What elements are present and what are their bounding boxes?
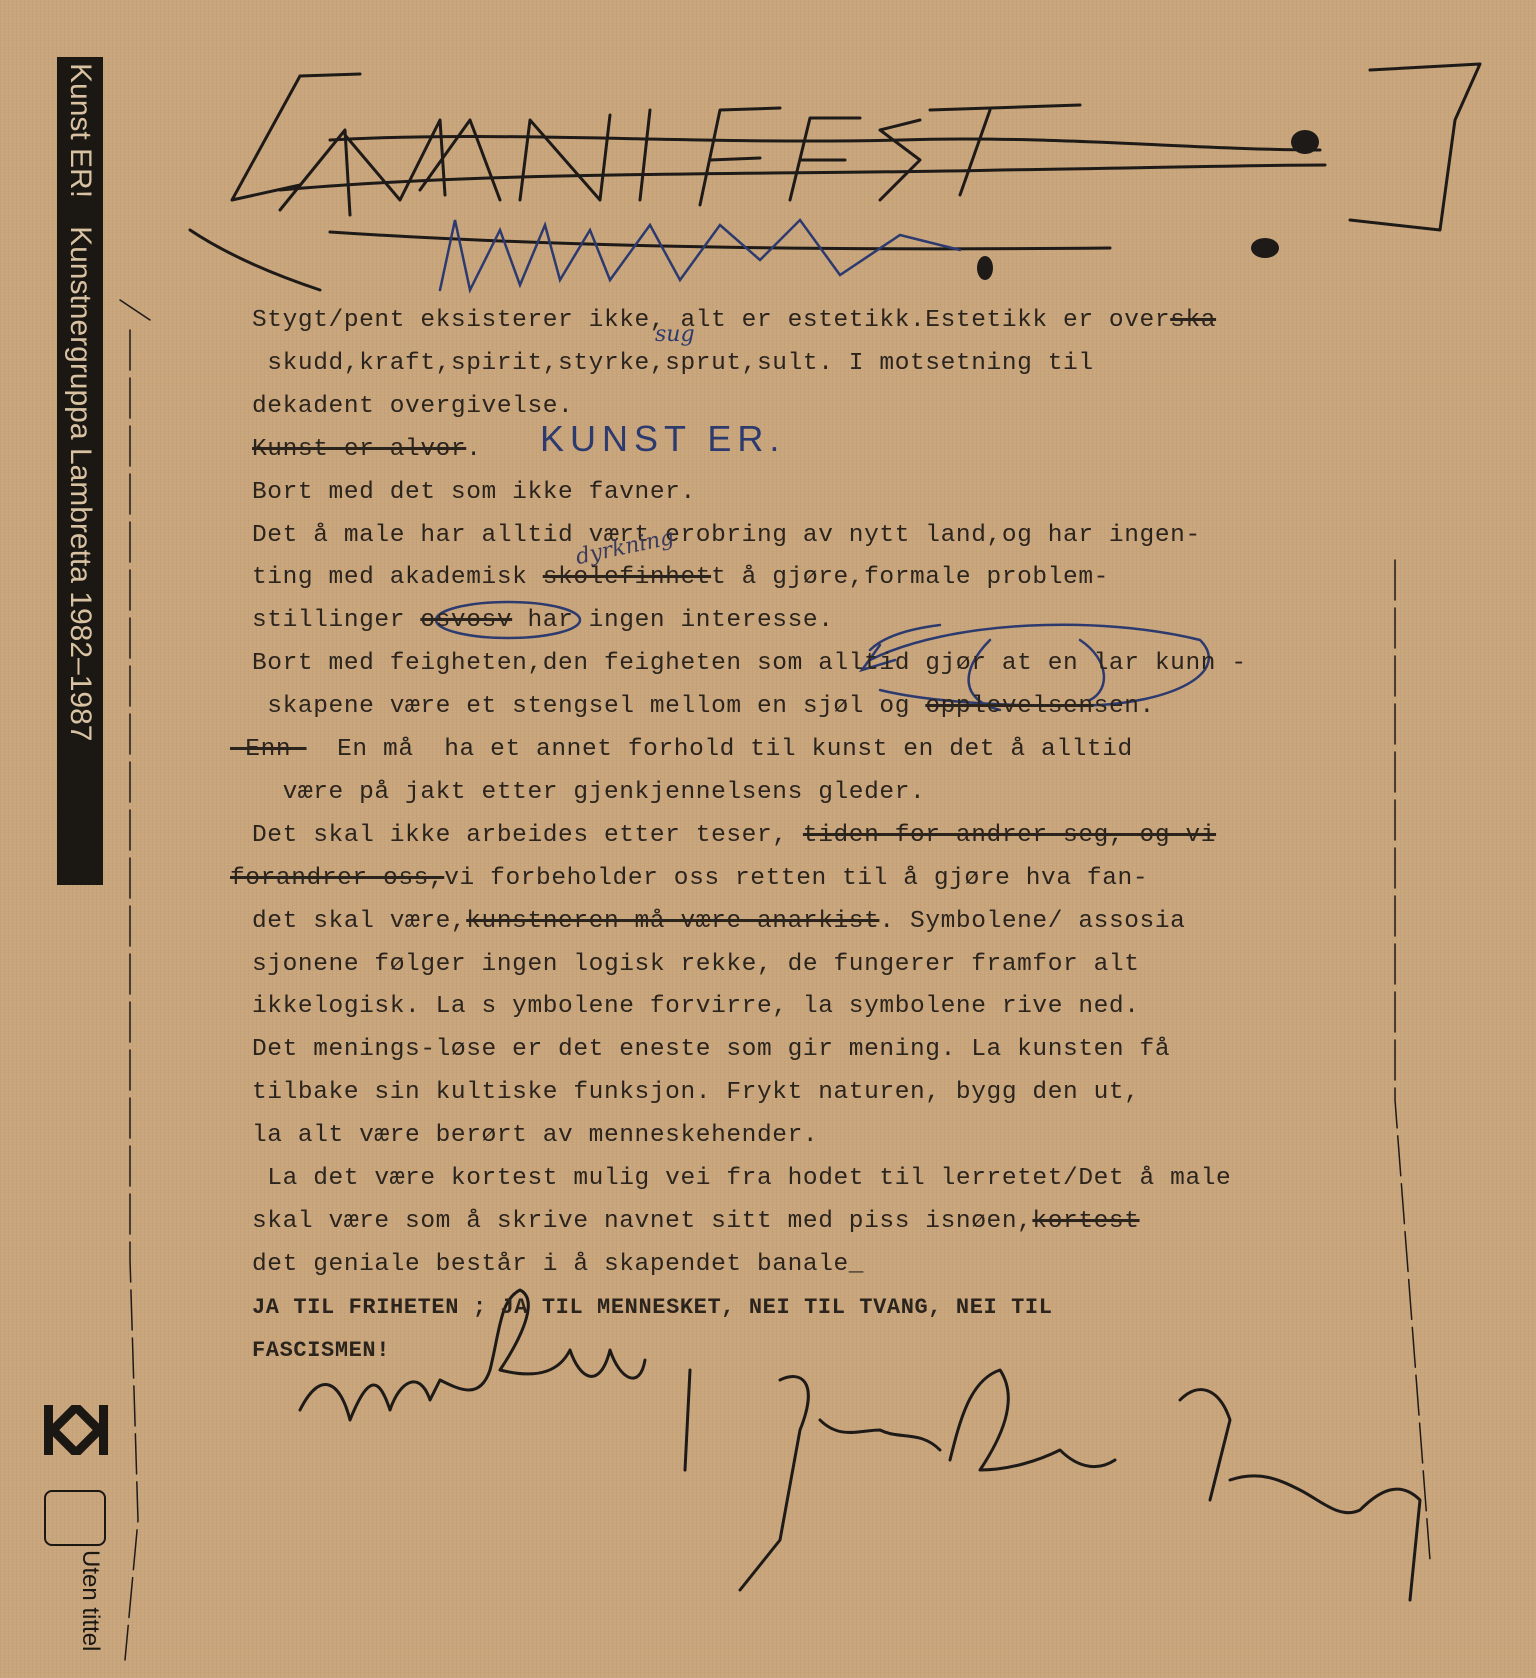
manifesto-line: stillinger osvosv har ingen interesse. — [252, 600, 834, 642]
left-margin-line — [120, 300, 150, 1660]
ink-blot — [977, 256, 993, 280]
line-text: være på jakt etter gjenkjennelsens glede… — [252, 779, 925, 806]
manifest-title-strokes — [280, 105, 1080, 215]
lambretta-scrawl — [440, 220, 960, 290]
struck-text: kortest — [1032, 1208, 1139, 1235]
kk-diamond-logo-icon — [44, 1405, 108, 1455]
manifesto-line: det skal være,kunstneren må være anarkis… — [252, 901, 1185, 943]
spine-band: Kunst ER!Kunstnergruppa Lambretta 1982–1… — [57, 57, 103, 885]
line-text: ikkelogisk. La s ymbolene forvirre, la s… — [252, 993, 1140, 1020]
line-text: Bort med feigheten,den feigheten som all… — [252, 650, 1247, 677]
line-text: t å gjøre,formale problem- — [711, 564, 1109, 591]
line-text: La det være kortest mulig vei fra hodet … — [252, 1165, 1231, 1192]
struck-text: tiden for andrer seg, og vi — [803, 822, 1216, 849]
line-text: . Symbolene/ assosia — [879, 908, 1185, 935]
book-title: Kunst ER! — [64, 63, 97, 198]
right-bracket — [1350, 64, 1480, 230]
line-text: tilbake sin kultiske funksjon. Frykt nat… — [252, 1079, 1140, 1106]
line-text: skapene være et stengsel mellom en sjøl … — [252, 693, 925, 720]
struck-text: forandrer oss, — [230, 865, 444, 892]
line-text: Stygt/pent eksisterer ikke, alt er estet… — [252, 307, 1170, 334]
correction-sug: sug — [655, 322, 695, 347]
manifesto-line: det geniale består i å skapendet banale_ — [252, 1244, 864, 1286]
signature-jon-arne-mogstad — [685, 1370, 1420, 1600]
line-text: skal være som å skrive navnet sitt med p… — [252, 1208, 1032, 1235]
line-text: skudd,kraft,spirit,styrke,sprut,sult. I … — [252, 350, 1094, 377]
line-text: Det å male har alltid vært erobring av n… — [252, 522, 1201, 549]
manifesto-line: være på jakt etter gjenkjennelsens glede… — [252, 772, 925, 814]
line-text: har ingen interesse. — [512, 607, 833, 634]
line-text: det geniale består i å skapendet banale_ — [252, 1251, 864, 1278]
rounded-square-icon — [44, 1490, 106, 1546]
manifesto-line: ting med akademisk skolefinhett å gjøre,… — [252, 557, 1109, 599]
manifesto-line: skudd,kraft,spirit,styrke,sprut,sult. I … — [252, 343, 1094, 385]
struck-text: ska — [1170, 307, 1216, 334]
line-text: . — [466, 436, 481, 463]
manifesto-line: forandrer oss,vi forbeholder oss retten … — [230, 858, 1148, 900]
manifest-strikethrough — [280, 136, 1325, 190]
manifesto-line: -Enn- En må ha et annet forhold til kuns… — [230, 729, 1133, 771]
line-text: la alt være berørt av menneskehender. — [252, 1122, 818, 1149]
line-text: det skal være, — [252, 908, 466, 935]
manifesto-line: sjonene følger ingen logisk rekke, de fu… — [252, 944, 1140, 986]
struck-text: skolefinhet — [543, 564, 711, 591]
imprint-label: Uten tittel — [48, 1550, 110, 1618]
line-text: ting med akademisk — [252, 564, 543, 591]
manifesto-line: Det å male har alltid vært erobring av n… — [252, 515, 1201, 557]
line-text: JA TIL FRIHETEN ; JA TIL MENNESKET, NEI … — [252, 1295, 1053, 1320]
manifesto-line: Det menings-løse er det eneste som gir m… — [252, 1029, 1170, 1071]
line-text: sjonene følger ingen logisk rekke, de fu… — [252, 951, 1140, 978]
manifesto-line: Bort med det som ikke favner. — [252, 472, 696, 514]
underline-sweep — [190, 230, 1110, 290]
manifesto-line: La det være kortest mulig vei fra hodet … — [252, 1158, 1231, 1200]
ink-blot — [1291, 130, 1319, 154]
book-subtitle: Kunstnergruppa Lambretta 1982–1987 — [64, 226, 97, 741]
line-text: dekadent overgivelse. — [252, 393, 573, 420]
manifesto-line: dekadent overgivelse. — [252, 386, 573, 428]
manifesto-line: Kunst er alvor. — [252, 429, 482, 471]
line-text: stillinger — [252, 607, 420, 634]
struck-text: Kunst er alvor — [252, 436, 466, 463]
line-text: En må ha et annet forhold til kunst en d… — [307, 736, 1133, 763]
line-text: FASCISMEN! — [252, 1338, 390, 1363]
manifesto-line: FASCISMEN! — [252, 1330, 390, 1372]
struck-text: opplevelsen — [925, 693, 1093, 720]
spine-text: Kunst ER!Kunstnergruppa Lambretta 1982–1… — [57, 57, 103, 885]
left-bracket — [232, 74, 360, 200]
right-margin-line — [1395, 560, 1430, 1560]
manifesto-line: JA TIL FRIHETEN ; JA TIL MENNESKET, NEI … — [252, 1287, 1053, 1329]
line-text: sen. — [1094, 693, 1155, 720]
ink-blot — [1251, 238, 1279, 258]
manifesto-line: la alt være berørt av menneskehender. — [252, 1115, 818, 1157]
manifesto-line: Stygt/pent eksisterer ikke, alt er estet… — [252, 300, 1216, 342]
manifesto-line: Det skal ikke arbeides etter teser, tide… — [252, 815, 1216, 857]
struck-text: kunstneren må være anarkist — [466, 908, 879, 935]
manifesto-line: Bort med feigheten,den feigheten som all… — [252, 643, 1247, 685]
line-text: Bort med det som ikke favner. — [252, 479, 696, 506]
manifesto-line: skapene være et stengsel mellom en sjøl … — [252, 686, 1155, 728]
struck-text: osvosv — [420, 607, 512, 634]
struck-text: -Enn- — [230, 736, 307, 763]
line-text: vi forbeholder oss retten til å gjøre hv… — [444, 865, 1148, 892]
correction-kunst-er: KUNST ER. — [540, 418, 785, 460]
manifesto-line: ikkelogisk. La s ymbolene forvirre, la s… — [252, 986, 1140, 1028]
line-text: Det menings-løse er det eneste som gir m… — [252, 1036, 1170, 1063]
manifesto-line: tilbake sin kultiske funksjon. Frykt nat… — [252, 1072, 1140, 1114]
line-text: Det skal ikke arbeides etter teser, — [252, 822, 803, 849]
manifesto-line: skal være som å skrive navnet sitt med p… — [252, 1201, 1140, 1243]
